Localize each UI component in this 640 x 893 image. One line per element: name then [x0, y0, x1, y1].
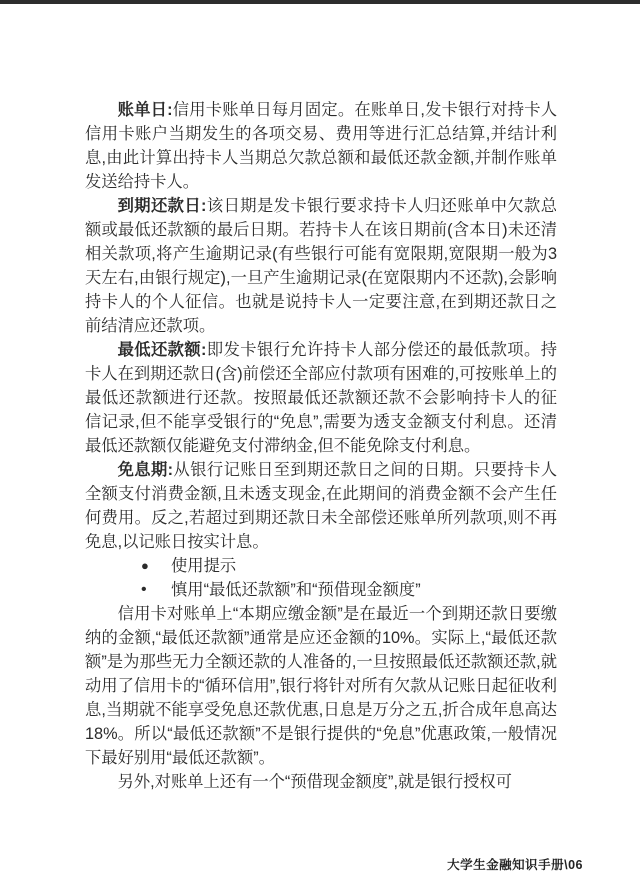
definition-paragraph-due-date: 到期还款日:该日期是发卡银行要求持卡人归还账单中欠款总额或最低还款额的最后日期。… — [85, 194, 557, 338]
tips-heading-label: 使用提示 — [171, 554, 236, 578]
tips-item-label: 慎用“最低还款额”和“预借现金额度” — [171, 578, 421, 602]
definition-paragraph-grace-period: 免息期:从银行记账日至到期还款日之间的日期。只要持卡人全额支付消费金额,且未透支… — [85, 458, 557, 554]
page-body-text: 账单日:信用卡账单日每月固定。在账单日,发卡银行对持卡人信用卡账户当期发生的各项… — [85, 98, 557, 794]
tips-item-line: • 慎用“最低还款额”和“预借现金额度” — [85, 578, 557, 602]
tips-paragraph-cash-advance: 另外,对账单上还有一个“预借现金额度”,就是银行授权可 — [85, 770, 557, 794]
page-footer: 大学生金融知识手册\06 — [447, 855, 583, 873]
filled-bullet-icon: ● — [141, 554, 171, 578]
small-bullet-icon: • — [141, 578, 171, 602]
definition-text: 该日期是发卡银行要求持卡人归还账单中欠款总额或最低还款额的最后日期。若持卡人在该… — [85, 197, 557, 335]
tips-heading-line: ● 使用提示 — [85, 554, 557, 578]
definition-paragraph-minimum-payment: 最低还款额:即发卡银行允许持卡人部分偿还的最低款项。持卡人在到期还款日(含)前偿… — [85, 338, 557, 458]
definition-term: 免息期: — [118, 461, 174, 479]
footer-title: 大学生金融知识手册\06 — [447, 858, 583, 872]
definition-term: 账单日: — [118, 101, 173, 119]
definition-term: 最低还款额: — [118, 341, 207, 359]
definition-term: 到期还款日: — [118, 197, 207, 215]
page-top-border — [0, 0, 640, 4]
tips-paragraph-minimum-payment-warning: 信用卡对账单上“本期应缴金额”是在最近一个到期还款日要缴纳的金额,“最低还款额”… — [85, 602, 557, 770]
definition-paragraph-billing-day: 账单日:信用卡账单日每月固定。在账单日,发卡银行对持卡人信用卡账户当期发生的各项… — [85, 98, 557, 194]
